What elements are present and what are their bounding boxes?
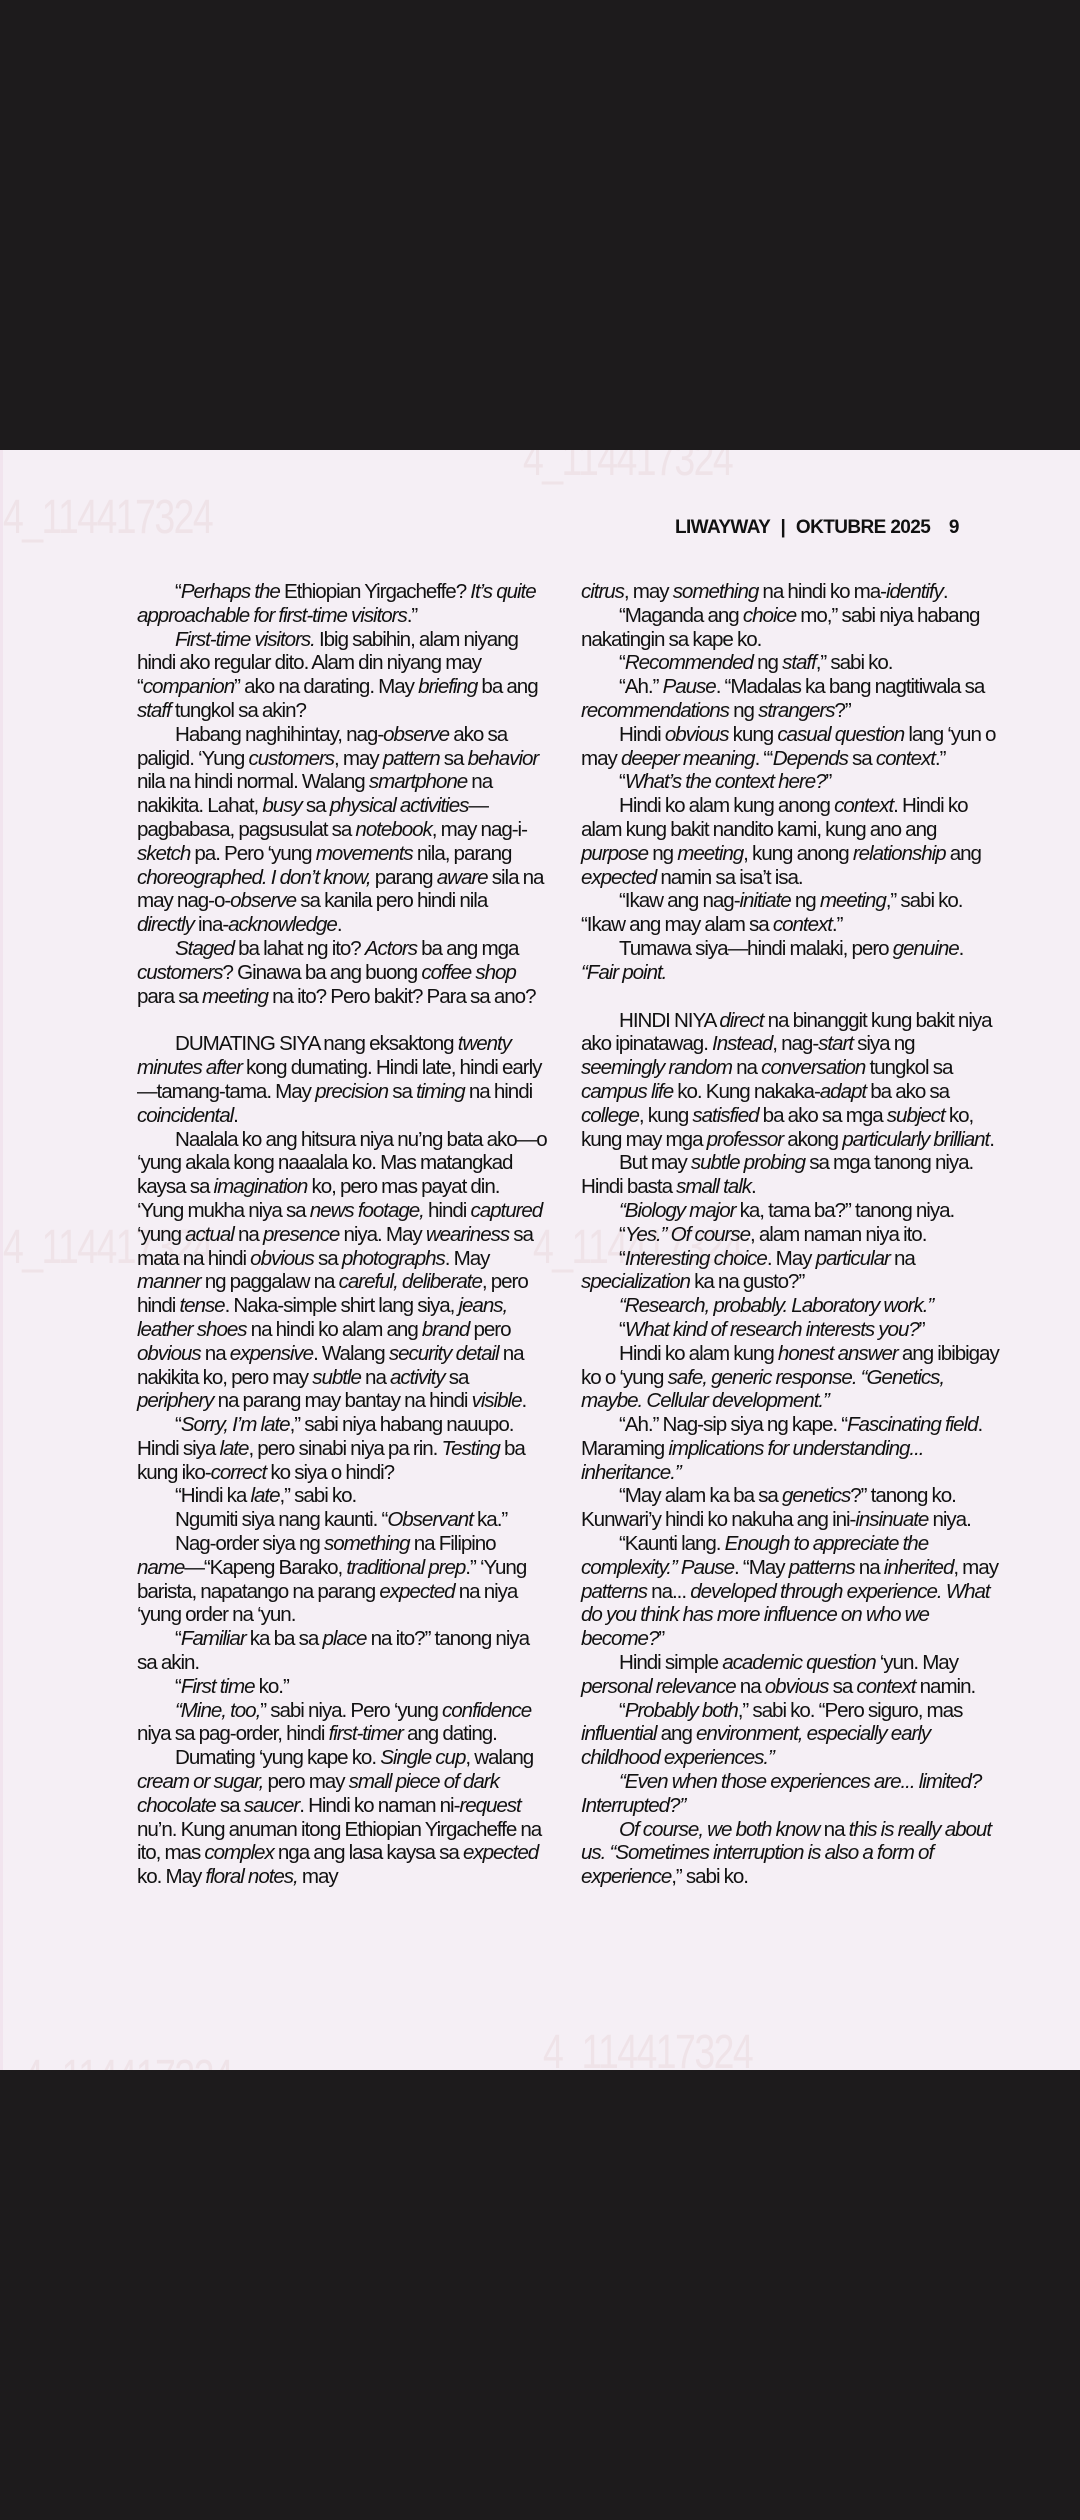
page-number: 9 [949,517,959,538]
paragraph: Hindi obvious kung casual question lang … [581,723,1001,771]
paragraph: “Ikaw ang nag-initiate ng meeting,” sabi… [581,889,1001,937]
paragraph: “Mine, too,” sabi niya. Pero ‘yung confi… [137,1699,547,1747]
paragraph: “May alam ka ba sa genetics?” tanong ko.… [581,1484,1001,1532]
paragraph: “Biology major ka, tama ba?” tanong niya… [581,1199,1001,1223]
paragraph: Hindi ko alam kung anong context. Hindi … [581,794,1001,889]
paragraph: Ngumiti siya nang kaunti. “Observant ka.… [137,1508,547,1532]
paragraph: “Maganda ang choice mo,” sabi niya haban… [581,604,1001,652]
magazine-title: LIWAYWAY [675,517,770,538]
paragraph: “Ah.” Nag-sip siya ng kape. “Fascinating… [581,1413,1001,1484]
paragraph: Tumawa siya—hindi malaki, pero genuine. … [581,937,1001,985]
paragraph: “What’s the context here?” [581,770,1001,794]
watermark: 4_114417324 [3,490,212,545]
paragraph: But may subtle probing sa mga tanong niy… [581,1151,1001,1199]
left-column: “Perhaps the Ethiopian Yirgacheffe? It’s… [137,580,547,1889]
paragraph: Of course, we both know na this is reall… [581,1818,1001,1889]
paragraph: “First time ko.” [137,1675,547,1699]
paragraph: “Sorry, I’m late,” sabi niya habang nauu… [137,1413,547,1484]
right-column: citrus, may something na hindi ko ma-ide… [581,580,1001,1889]
section-start-paragraph: HINDI NIYA direct na binanggit kung baki… [581,1009,1001,1152]
paragraph: Habang naghihintay, nag-observe ako sa p… [137,723,547,937]
paragraph: “Research, probably. Laboratory work.” [581,1294,1001,1318]
watermark: 4_114417324 [23,2050,232,2070]
paragraph: Hindi simple academic question ‘yun. May… [581,1651,1001,1699]
paragraph: Staged ba lahat ng ito? Actors ba ang mg… [137,937,547,1008]
section-start-paragraph: DUMATING SIYA nang eksaktong twenty minu… [137,1032,547,1127]
header-separator: | [781,517,786,538]
paragraph: “Ah.” Pause. “Madalas ka bang nagtitiwal… [581,675,1001,723]
paragraph: First-time visitors. Ibig sabihin, alam … [137,628,547,723]
paragraph: “Familiar ka ba sa place na ito?” tanong… [137,1627,547,1675]
paragraph: Nag-order siya ng something na Filipino … [137,1532,547,1627]
paragraph-continued: citrus, may something na hindi ko ma-ide… [581,580,1001,604]
paragraph: “Even when those experiences are... limi… [581,1770,1001,1818]
paragraph: Dumating ‘yung kape ko. Single cup, wala… [137,1746,547,1889]
paragraph: “Yes.” Of course, alam naman niya ito. [581,1223,1001,1247]
page-header: LIWAYWAY | OKTUBRE 2025 9 [675,517,959,539]
magazine-page: 4_114417324 4_114417324 4_114417324 4_11… [0,450,1080,2070]
paragraph: “Recommended ng staff,” sabi ko. [581,651,1001,675]
issue-date: OKTUBRE 2025 [796,517,930,538]
paragraph: “Kaunti lang. Enough to appreciate the c… [581,1532,1001,1651]
watermark: 4_114417324 [523,450,732,487]
paragraph: “Perhaps the Ethiopian Yirgacheffe? It’s… [137,580,547,628]
paragraph: Hindi ko alam kung honest answer ang ibi… [581,1342,1001,1413]
paragraph: “Hindi ka late,” sabi ko. [137,1484,547,1508]
paragraph: Naalala ko ang hitsura niya nu’ng bata a… [137,1128,547,1414]
paragraph: “What kind of research interests you?” [581,1318,1001,1342]
paragraph: “Probably both,” sabi ko. “Pero siguro, … [581,1699,1001,1770]
watermark: 4_114417324 [543,2025,752,2070]
paragraph: “Interesting choice. May particular na s… [581,1247,1001,1295]
